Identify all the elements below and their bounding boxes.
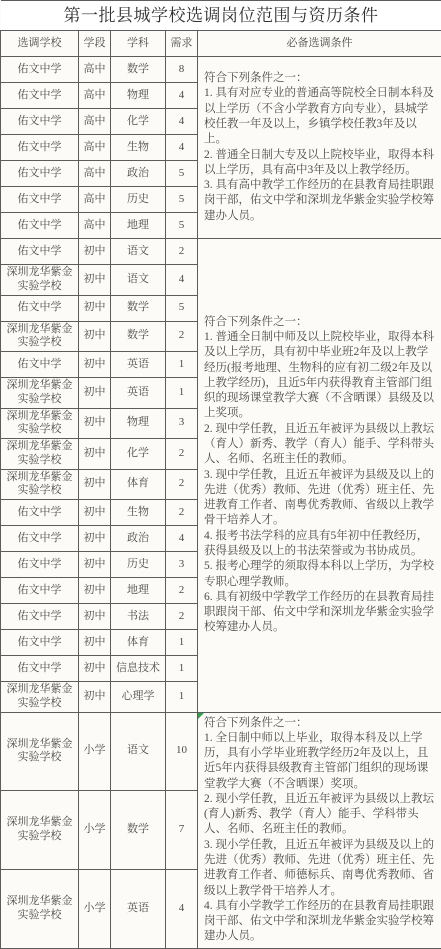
- demand-cell: 4: [166, 265, 198, 296]
- subject-cell: 语文: [111, 712, 166, 791]
- conditions-cell: 符合下列条件之一： 1. 全日制中师以上毕业，取得本科及以上学历，具有小学毕业班…: [198, 712, 441, 948]
- subject-cell: 数学: [111, 57, 166, 83]
- school-cell: 深圳龙华紫金实验学校: [1, 265, 79, 296]
- stage-cell: 高中: [79, 135, 111, 161]
- demand-cell: 10: [166, 712, 198, 791]
- school-cell: 佑文中学: [1, 352, 79, 378]
- stage-cell: 初中: [79, 630, 111, 656]
- subject-cell: 书法: [111, 604, 166, 630]
- stage-cell: 高中: [79, 109, 111, 135]
- demand-cell: 1: [166, 682, 198, 713]
- school-cell: 深圳龙华紫金实验学校: [1, 682, 79, 713]
- demand-cell: 5: [166, 295, 198, 321]
- subject-cell: 生物: [111, 500, 166, 526]
- school-cell: 佑文中学: [1, 295, 79, 321]
- subject-cell: 地理: [111, 213, 166, 239]
- selection-table: 第一批县城学校选调岗位范围与资历条件 选调学校 学段 学科 需求 必备选调条件 …: [0, 0, 441, 949]
- stage-cell: 高中: [79, 187, 111, 213]
- stage-cell: 初中: [79, 682, 111, 713]
- school-cell: 佑文中学: [1, 57, 79, 83]
- demand-cell: 2: [166, 469, 198, 500]
- demand-cell: 5: [166, 213, 198, 239]
- stage-cell: 高中: [79, 161, 111, 187]
- school-cell: 佑文中学: [1, 109, 79, 135]
- demand-cell: 3: [166, 408, 198, 439]
- subject-cell: 体育: [111, 469, 166, 500]
- subject-cell: 历史: [111, 187, 166, 213]
- conditions-cell: 符合下列条件之一： 1. 普通全日制中师及以上院校毕业，取得本科及以上学历，具有…: [198, 239, 441, 713]
- demand-cell: 4: [166, 83, 198, 109]
- school-cell: 深圳龙华紫金实验学校: [1, 869, 79, 948]
- school-cell: 佑文中学: [1, 161, 79, 187]
- demand-cell: 2: [166, 439, 198, 470]
- stage-cell: 初中: [79, 526, 111, 552]
- subject-cell: 英语: [111, 869, 166, 948]
- stage-cell: 小学: [79, 791, 111, 870]
- school-cell: 佑文中学: [1, 552, 79, 578]
- school-cell: 深圳龙华紫金实验学校: [1, 408, 79, 439]
- table-row: 深圳龙华紫金实验学校小学语文10符合下列条件之一： 1. 全日制中师以上毕业，取…: [1, 712, 441, 791]
- stage-cell: 高中: [79, 57, 111, 83]
- stage-cell: 初中: [79, 408, 111, 439]
- school-cell: 佑文中学: [1, 239, 79, 265]
- stage-cell: 小学: [79, 712, 111, 791]
- demand-cell: 5: [166, 161, 198, 187]
- school-cell: 佑文中学: [1, 630, 79, 656]
- stage-cell: 初中: [79, 552, 111, 578]
- subject-cell: 政治: [111, 526, 166, 552]
- comment-marker-icon: [198, 713, 204, 719]
- demand-cell: 1: [166, 656, 198, 682]
- demand-cell: 2: [166, 321, 198, 352]
- school-cell: 佑文中学: [1, 526, 79, 552]
- stage-cell: 初中: [79, 578, 111, 604]
- stage-cell: 初中: [79, 265, 111, 296]
- stage-cell: 初中: [79, 500, 111, 526]
- subject-cell: 心理学: [111, 682, 166, 713]
- title-row: 第一批县城学校选调岗位范围与资历条件: [1, 1, 441, 31]
- demand-cell: 5: [166, 187, 198, 213]
- page-title: 第一批县城学校选调岗位范围与资历条件: [1, 1, 441, 31]
- school-cell: 深圳龙华紫金实验学校: [1, 439, 79, 470]
- school-cell: 深圳龙华紫金实验学校: [1, 712, 79, 791]
- subject-cell: 数学: [111, 295, 166, 321]
- table-row: 佑文中学初中语文2符合下列条件之一： 1. 普通全日制中师及以上院校毕业，取得本…: [1, 239, 441, 265]
- stage-cell: 初中: [79, 352, 111, 378]
- subject-cell: 数学: [111, 791, 166, 870]
- subject-cell: 英语: [111, 352, 166, 378]
- subject-cell: 英语: [111, 378, 166, 409]
- stage-cell: 初中: [79, 295, 111, 321]
- column-header-subject: 学科: [111, 31, 166, 57]
- stage-cell: 初中: [79, 656, 111, 682]
- subject-cell: 地理: [111, 578, 166, 604]
- demand-cell: 7: [166, 791, 198, 870]
- subject-cell: 物理: [111, 83, 166, 109]
- subject-cell: 语文: [111, 239, 166, 265]
- stage-cell: 初中: [79, 469, 111, 500]
- demand-cell: 1: [166, 630, 198, 656]
- conditions-cell: 符合下列条件之一： 1. 具有对应专业的普通高等院校全日制本科及以上学历（不含小…: [198, 57, 441, 239]
- stage-cell: 初中: [79, 239, 111, 265]
- column-header-demand: 需求: [166, 31, 198, 57]
- school-cell: 深圳龙华紫金实验学校: [1, 321, 79, 352]
- school-cell: 佑文中学: [1, 187, 79, 213]
- subject-cell: 历史: [111, 552, 166, 578]
- demand-cell: 4: [166, 135, 198, 161]
- demand-cell: 4: [166, 526, 198, 552]
- demand-cell: 1: [166, 352, 198, 378]
- stage-cell: 高中: [79, 83, 111, 109]
- demand-cell: 4: [166, 869, 198, 948]
- school-cell: 深圳龙华紫金实验学校: [1, 791, 79, 870]
- table-row: 佑文中学高中数学8符合下列条件之一： 1. 具有对应专业的普通高等院校全日制本科…: [1, 57, 441, 83]
- subject-cell: 化学: [111, 439, 166, 470]
- stage-cell: 初中: [79, 604, 111, 630]
- demand-cell: 1: [166, 378, 198, 409]
- demand-cell: 3: [166, 552, 198, 578]
- subject-cell: 信息技术: [111, 656, 166, 682]
- stage-cell: 初中: [79, 321, 111, 352]
- school-cell: 佑文中学: [1, 656, 79, 682]
- subject-cell: 数学: [111, 321, 166, 352]
- column-header-school: 选调学校: [1, 31, 79, 57]
- stage-cell: 小学: [79, 869, 111, 948]
- school-cell: 深圳龙华紫金实验学校: [1, 378, 79, 409]
- demand-cell: 2: [166, 500, 198, 526]
- demand-cell: 2: [166, 578, 198, 604]
- subject-cell: 化学: [111, 109, 166, 135]
- school-cell: 佑文中学: [1, 500, 79, 526]
- school-cell: 深圳龙华紫金实验学校: [1, 469, 79, 500]
- school-cell: 佑文中学: [1, 604, 79, 630]
- column-header-conditions: 必备选调条件: [198, 31, 441, 57]
- subject-cell: 物理: [111, 408, 166, 439]
- school-cell: 佑文中学: [1, 213, 79, 239]
- column-header-stage: 学段: [79, 31, 111, 57]
- header-row: 选调学校 学段 学科 需求 必备选调条件: [1, 31, 441, 57]
- subject-cell: 体育: [111, 630, 166, 656]
- stage-cell: 高中: [79, 213, 111, 239]
- school-cell: 佑文中学: [1, 83, 79, 109]
- demand-cell: 2: [166, 604, 198, 630]
- demand-cell: 2: [166, 239, 198, 265]
- subject-cell: 生物: [111, 135, 166, 161]
- stage-cell: 初中: [79, 378, 111, 409]
- demand-cell: 4: [166, 109, 198, 135]
- stage-cell: 初中: [79, 439, 111, 470]
- demand-cell: 8: [166, 57, 198, 83]
- subject-cell: 语文: [111, 265, 166, 296]
- school-cell: 佑文中学: [1, 135, 79, 161]
- school-cell: 佑文中学: [1, 578, 79, 604]
- subject-cell: 政治: [111, 161, 166, 187]
